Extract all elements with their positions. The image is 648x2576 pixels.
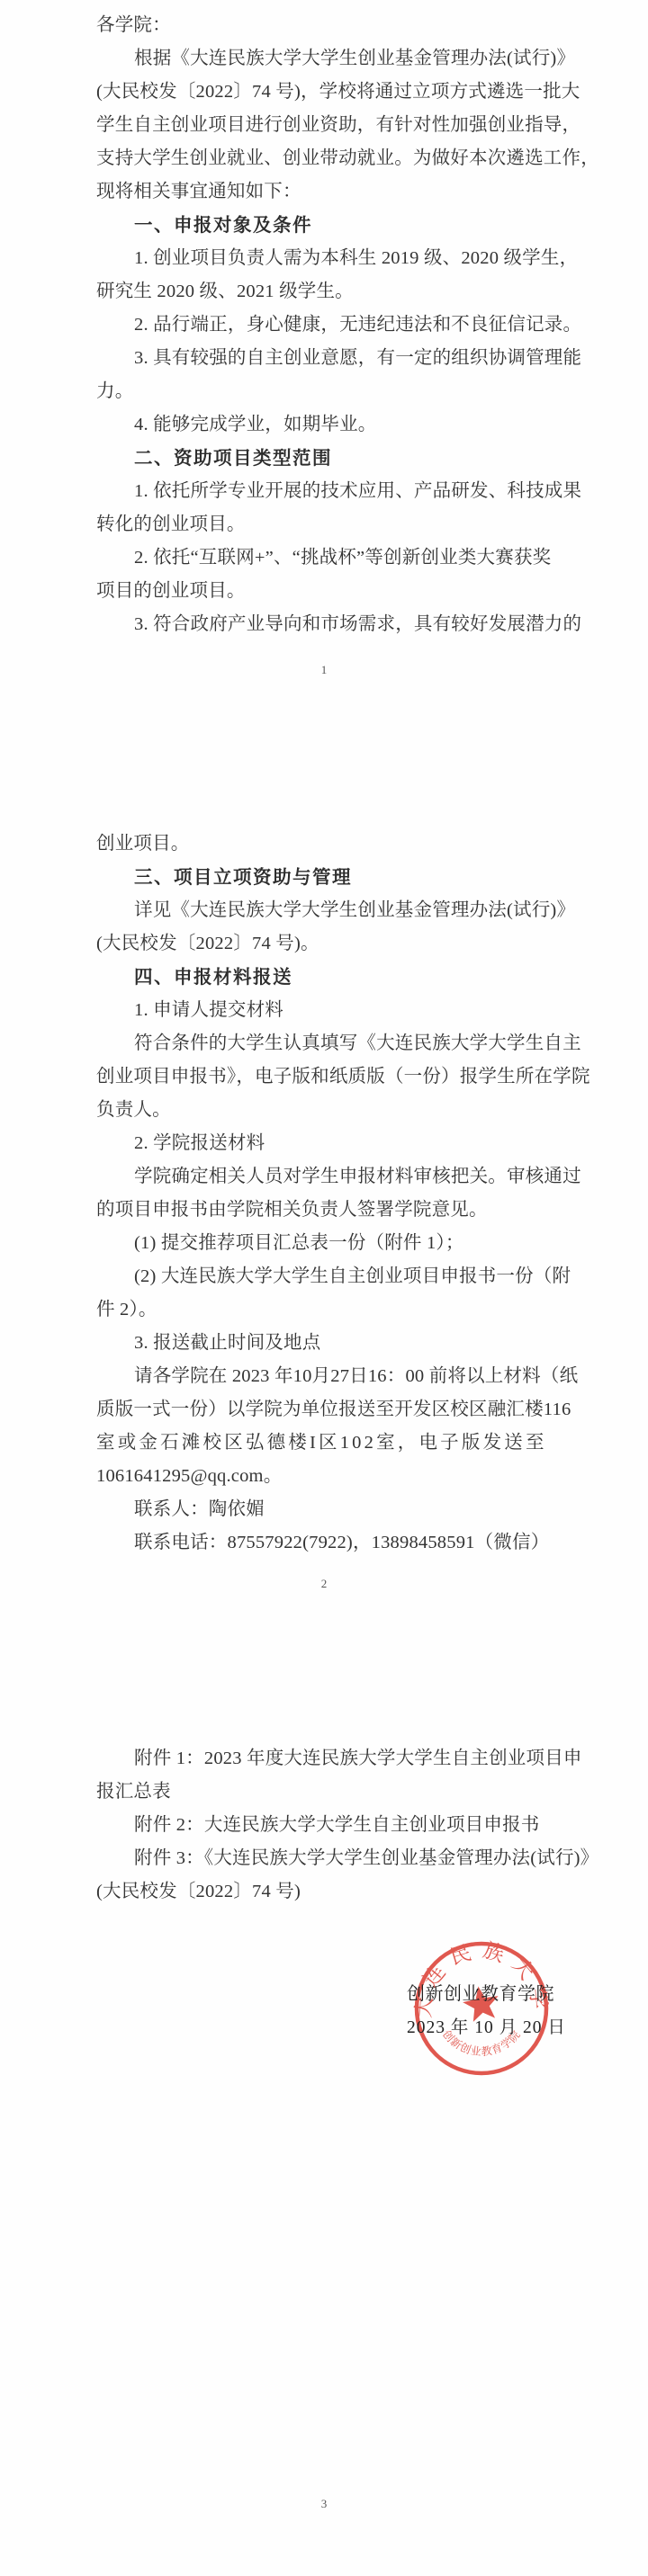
text-line: 详见《大连民族大学大学生创业基金管理办法(试行)》 bbox=[96, 894, 568, 927]
text-line: 的项目申报书由学院相关负责人签署学院意见。 bbox=[96, 1194, 568, 1227]
text-line: 2. 品行端正，身心健康，无违纪违法和不良征信记录。 bbox=[96, 309, 568, 342]
text-line: 1. 依托所学专业开展的技术应用、产品研发、科技成果 bbox=[96, 475, 568, 508]
scanned-notice-document: { "document": { "pages": [ { "number": "… bbox=[0, 0, 648, 2576]
text-line: 各学院： bbox=[96, 9, 568, 42]
text-line: 报汇总表 bbox=[96, 1775, 568, 1809]
text-line: (大民校发〔2022〕74 号) bbox=[96, 1875, 568, 1909]
text-line: 根据《大连民族大学大学生创业基金管理办法(试行)》 bbox=[96, 42, 568, 76]
text-line: 1. 创业项目负责人需为本科生 2019 级、2020 级学生， bbox=[96, 242, 568, 275]
text-line: 室或金石滩校区弘德楼I区102室，电子版发送至 bbox=[96, 1427, 568, 1460]
page-number-2: 2 bbox=[0, 1577, 648, 1591]
text-line: 四、申报材料报送 bbox=[96, 961, 568, 994]
text-line: (大民校发〔2022〕74 号)，学校将通过立项方式遴选一批大 bbox=[96, 76, 568, 109]
page-2-body: 创业项目。三、项目立项资助与管理详见《大连民族大学大学生创业基金管理办法(试行)… bbox=[96, 827, 568, 1560]
text-line: 3. 具有较强的自主创业意愿，有一定的组织协调管理能 bbox=[96, 342, 568, 375]
page-3-body: 附件 1：2023 年度大连民族大学大学生自主创业项目申报汇总表附件 2：大连民… bbox=[96, 1742, 568, 1909]
text-line: 创业项目。 bbox=[96, 827, 568, 861]
text-line: 支持大学生创业就业、创业带动就业。为做好本次遴选工作， bbox=[96, 142, 568, 175]
text-line: 附件 3：《大连民族大学大学生创业基金管理办法(试行)》 bbox=[96, 1842, 568, 1875]
text-line: 附件 1：2023 年度大连民族大学大学生自主创业项目申 bbox=[96, 1742, 568, 1775]
text-line: 1061641295@qq.com。 bbox=[96, 1460, 568, 1493]
text-line: 联系人：陶依媚 bbox=[96, 1493, 568, 1526]
page-number-1: 1 bbox=[0, 663, 648, 677]
text-line: 3. 符合政府产业导向和市场需求，具有较好发展潜力的 bbox=[96, 608, 568, 641]
text-line: 创业项目申报书》，电子版和纸质版（一份）报学生所在学院 bbox=[96, 1060, 568, 1094]
page-1-body: 各学院：根据《大连民族大学大学生创业基金管理办法(试行)》(大民校发〔2022〕… bbox=[96, 9, 568, 641]
text-line: 转化的创业项目。 bbox=[96, 508, 568, 541]
text-line: 2. 学院报送材料 bbox=[96, 1127, 568, 1160]
text-line: 学生自主创业项目进行创业资助，有针对性加强创业指导， bbox=[96, 109, 568, 142]
text-line: 附件 2：大连民族大学大学生自主创业项目申报书 bbox=[96, 1809, 568, 1842]
signature-org: 创新创业教育学院 bbox=[407, 1982, 554, 2006]
text-line: 学院确定相关人员对学生申报材料审核把关。审核通过 bbox=[96, 1160, 568, 1194]
signature-date: 2023 年 10 月 20 日 bbox=[407, 2017, 566, 2040]
text-line: 负责人。 bbox=[96, 1094, 568, 1127]
text-line: 研究生 2020 级、2021 级学生。 bbox=[96, 275, 568, 309]
text-line: 项目的创业项目。 bbox=[96, 575, 568, 608]
text-line: 现将相关事宜通知如下： bbox=[96, 175, 568, 209]
text-line: 力。 bbox=[96, 375, 568, 408]
page-number-3: 3 bbox=[0, 2497, 648, 2511]
text-line: (大民校发〔2022〕74 号)。 bbox=[96, 927, 568, 961]
text-line: (2) 大连民族大学大学生自主创业项目申报书一份（附 bbox=[96, 1260, 568, 1293]
text-line: 符合条件的大学生认真填写《大连民族大学大学生自主 bbox=[96, 1027, 568, 1060]
text-line: 质版一式一份）以学院为单位报送至开发区校区融汇楼116 bbox=[96, 1393, 568, 1427]
text-line: 三、项目立项资助与管理 bbox=[96, 861, 568, 894]
text-line: 二、资助项目类型范围 bbox=[96, 442, 568, 475]
text-line: 一、申报对象及条件 bbox=[96, 209, 568, 242]
text-line: 请各学院在 2023 年10月27日16：00 前将以上材料（纸 bbox=[96, 1360, 568, 1393]
text-line: (1) 提交推荐项目汇总表一份（附件 1）； bbox=[96, 1227, 568, 1260]
text-line: 3. 报送截止时间及地点 bbox=[96, 1327, 568, 1360]
text-line: 联系电话：87557922(7922)，13898458591（微信） bbox=[96, 1526, 568, 1560]
text-line: 2. 依托“互联网+”、“挑战杯”等创新创业类大赛获奖 bbox=[96, 541, 568, 575]
text-line: 4. 能够完成学业，如期毕业。 bbox=[96, 408, 568, 442]
text-line: 1. 申请人提交材料 bbox=[96, 994, 568, 1027]
official-seal: 大连民族大学 创新创业教育学院 bbox=[412, 1939, 551, 2078]
text-line: 件 2）。 bbox=[96, 1293, 568, 1327]
